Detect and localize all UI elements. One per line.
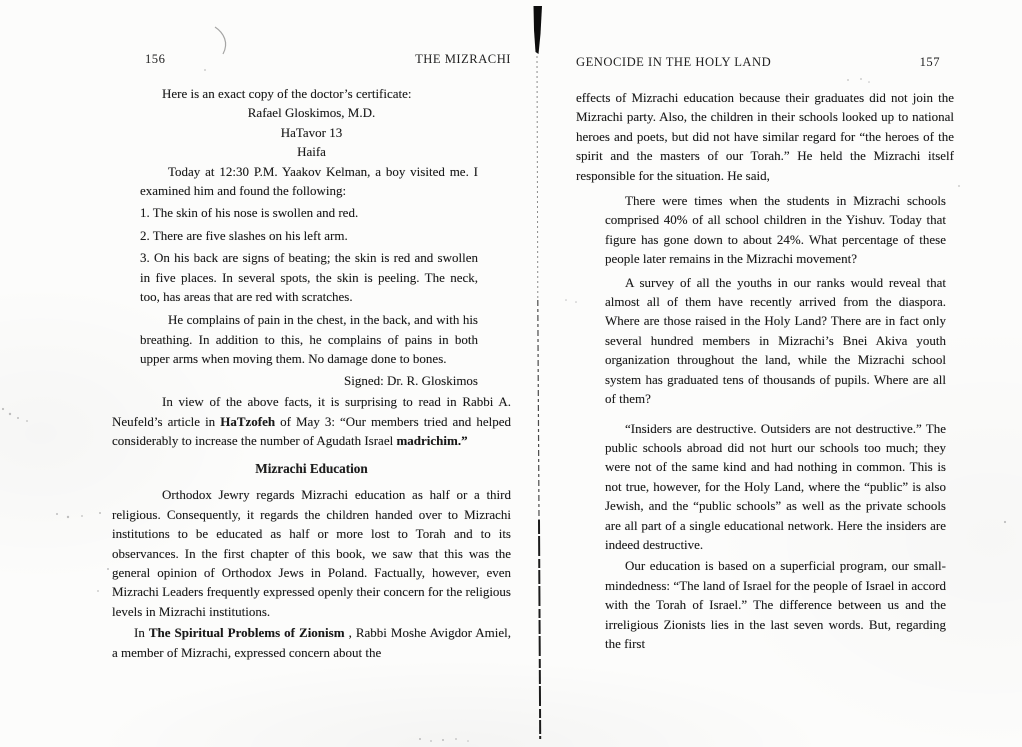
certificate-signature: Signed: Dr. R. Gloskimos [140,371,478,390]
running-title-left: THE MIZRACHI [415,52,511,67]
quote-paragraph-3: “Insiders are destructive. Outsiders are… [605,419,946,555]
page-left: 156 THE MIZRACHI Here is an exact copy o… [112,0,511,662]
certificate-finding-1: 1. The skin of his nose is swollen and r… [140,203,478,222]
section-heading: Mizrachi Education [112,461,511,477]
certificate-opening: Today at 12:30 P.M. Yaakov Kelman, a boy… [140,162,478,201]
certificate-complaints: He complains of pain in the chest, in th… [140,310,478,368]
quote-paragraph-4: Our education is based on a superficial … [605,556,946,653]
running-head-right: GENOCIDE IN THE HOLY LAND 157 [576,55,954,70]
page-number-left: 156 [145,52,165,67]
hebrew-term-bold: madrichim.” [396,433,467,448]
quote-paragraph-2: A survey of all the youths in our ranks … [605,273,946,409]
spine-binding-line-upper [537,56,538,300]
certificate-address: HaTavor 13 [112,123,511,142]
quote-paragraph-1: There were times when the students in Mi… [605,191,946,269]
page-right: GENOCIDE IN THE HOLY LAND 157 effects of… [576,0,954,653]
certificate-doctor-name: Rafael Gloskimos, M.D. [112,103,511,122]
spine-ink-blob [534,6,543,54]
speech-quote-block: There were times when the students in Mi… [605,191,946,653]
certificate-finding-3: 3. On his back are signs of beating; the… [140,248,478,306]
spiritual-text-1: In [134,625,149,640]
book-scan-spread: 156 THE MIZRACHI Here is an exact copy o… [0,0,1022,747]
certificate-finding-2: 2. There are five slashes on his left ar… [140,226,478,245]
page-number-right: 157 [920,55,940,70]
book-title-bold: The Spiritual Problems of Zionism [149,625,345,640]
running-title-right: GENOCIDE IN THE HOLY LAND [576,55,771,70]
certificate-block: Today at 12:30 P.M. Yaakov Kelman, a boy… [140,162,478,390]
journal-title-bold: HaTzofeh [220,414,275,429]
comment-paragraph: In view of the above facts, it is surpri… [112,392,511,450]
orthodox-paragraph: Orthodox Jewry regards Mizrachi educatio… [112,485,511,621]
spine-binding-line-lower [539,520,540,739]
certificate-city: Haifa [112,142,511,161]
effects-paragraph: effects of Mizrachi education because th… [576,88,954,185]
running-head-left: 156 THE MIZRACHI [112,52,511,67]
spiritual-paragraph: In The Spiritual Problems of Zionism , R… [112,623,511,662]
spine-binding-line-middle [538,300,539,520]
intro-paragraph: Here is an exact copy of the doctor’s ce… [112,84,511,103]
